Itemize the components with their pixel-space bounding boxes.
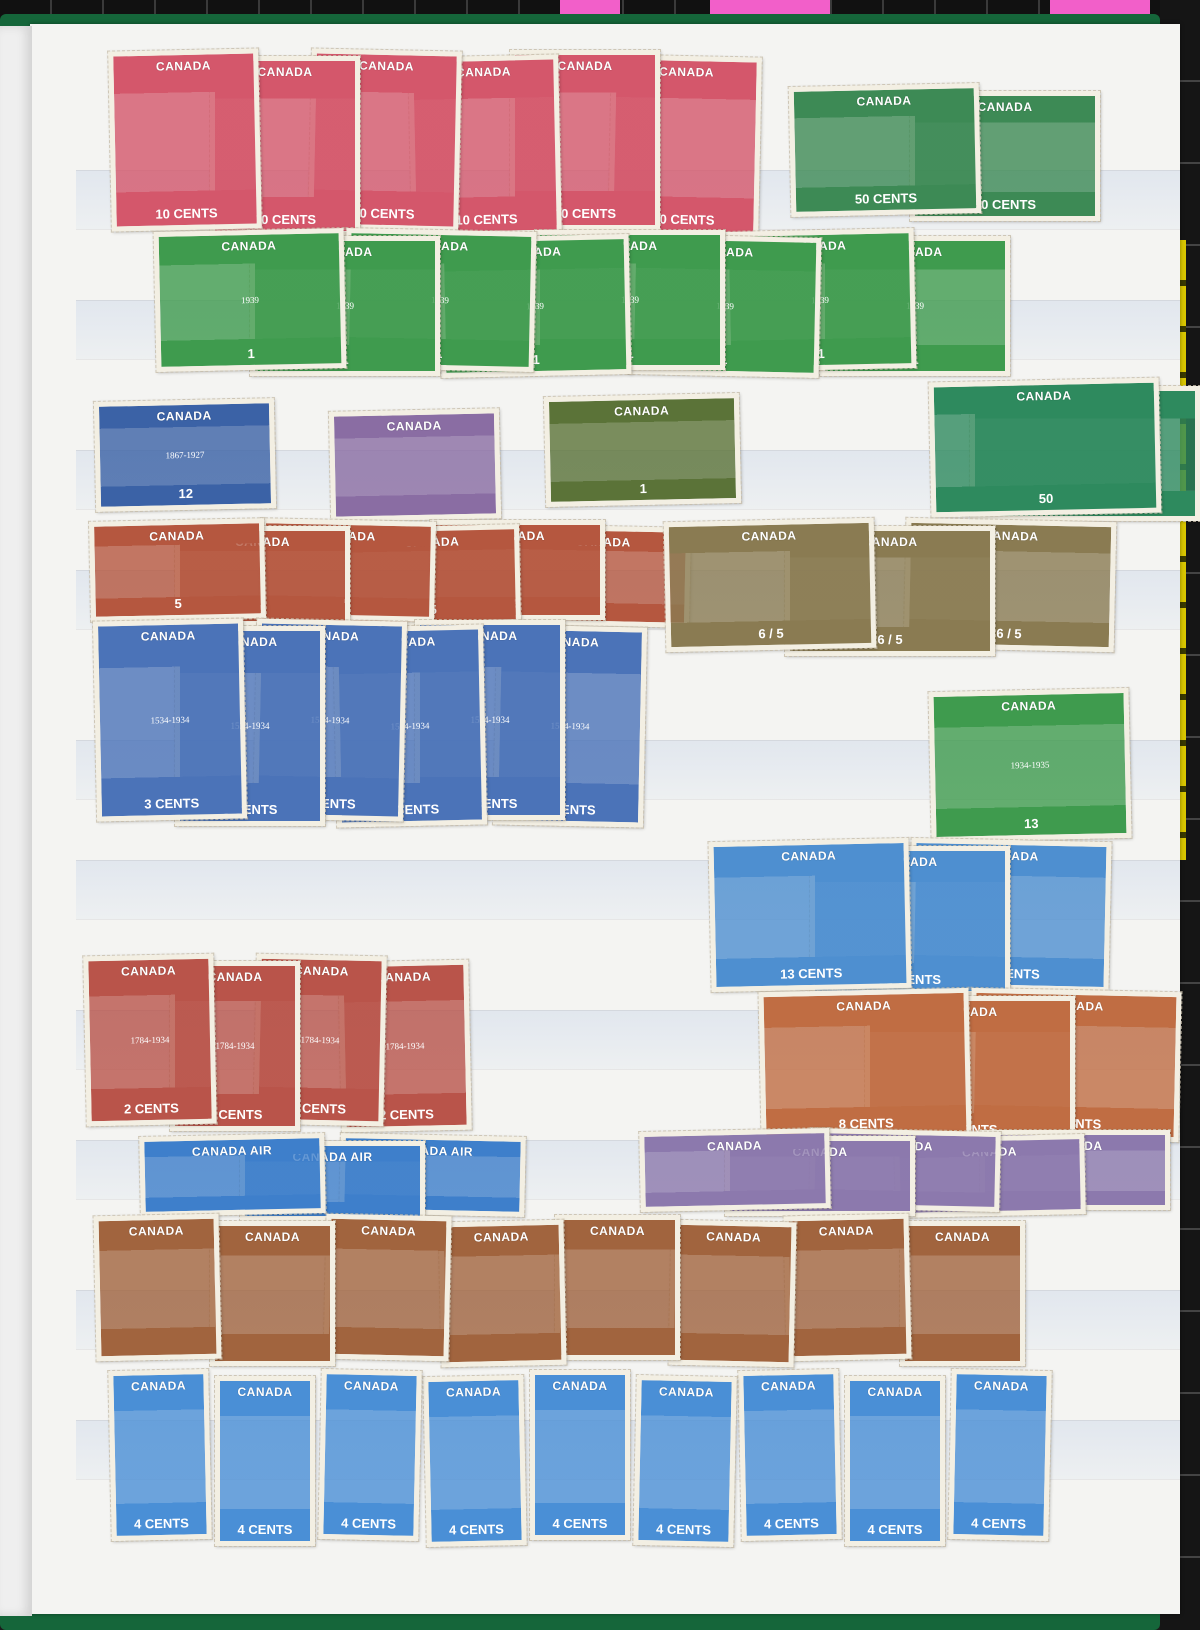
stamp-memorial-brown: CANADA [783,1214,911,1362]
stamp-country: CANADA [446,1384,501,1399]
stamp-country: CANADA [1001,698,1056,713]
stamp-country: CANADA [238,1385,293,1399]
stamp-memorial-brown: CANADA [93,1214,221,1362]
stamp-denomination: 10 CENTS [455,211,517,227]
stamp-country: CANADA [781,848,836,863]
stamp-denomination: 13 CENTS [780,965,842,981]
stamp-denomination: 4 CENTS [238,1522,293,1537]
stamp-new-brunswick-2c: CANADA1784-19342 CENTS [83,954,217,1127]
stamp-olive-1-dollar: CANADA1 [544,393,741,507]
stamp-denomination: 1 [640,481,648,496]
stamp-country: CANADA [156,58,211,73]
stamp-parliament-purple: CANADA [329,408,501,522]
stamp-denomination: 4 CENTS [553,1516,608,1531]
stamp-country: CANADA [856,93,911,108]
stamp-denomination: 4 CENTS [764,1515,819,1531]
stamp-year: 1867-1927 [165,449,204,460]
stamp-country: CANADA [387,418,442,433]
stamp-country: CANADA [935,1230,990,1244]
stamp-memorial-brown: CANADA [555,1215,680,1360]
stamp-denomination: 4 CENTS [341,1515,396,1531]
stamp-memorial-brown: CANADA [668,1220,796,1368]
stamp-country: CANADA [1016,388,1071,403]
stamp-bell-4c: CANADA4 CENTS [108,1369,212,1541]
stamp-country: CANADA [741,528,796,543]
stamp-country: CANADA [553,1379,608,1393]
stamp-bell-4c: CANADA4 CENTS [215,1376,315,1546]
stamp-denomination: 10 CENTS [155,205,217,221]
stamp-denomination: 1 [247,346,255,361]
stamp-denomination: 10 CENTS [554,206,616,221]
stamp-country: CANADA [258,65,313,79]
stamp-farm-8c: CANADA8 CENTS [758,988,971,1142]
stamp-country: CANADA [707,1138,762,1153]
stamp-denomination: 10 CENTS [652,211,714,227]
stamp-country: CANADA [344,1378,399,1393]
stamp-denomination: 4 CENTS [449,1521,504,1537]
stamp-year: 1784-1934 [385,1040,424,1051]
stamp-denomination: 50 CENTS [855,190,917,206]
stamp-country: CANADA [659,64,714,79]
stamp-country: CANADA [208,970,263,984]
stamp-year: 1934-1935 [1010,759,1049,770]
stamp-country: CANADA [245,1230,300,1244]
stamp-country: CANADA [706,1229,761,1244]
stamp-country: CANADA [558,59,613,73]
stamp-denomination: 5 [174,596,182,611]
stamp-country: CANADA [157,408,212,423]
stamp-country: CANADA [819,1223,874,1238]
stamp-country: CANADA [659,1384,714,1399]
stamp-denomination: 50 [1039,491,1054,506]
page-spine [0,26,32,1616]
stamp-bell-4c: CANADA4 CENTS [738,1369,842,1541]
stamp-denomination: 6 / 5 [758,626,784,642]
stamp-mountain-50c: CANADA50 CENTS [789,83,982,217]
stamp-cartier-3c: CANADA1534-19343 CENTS [93,618,247,821]
stamp-denomination: 4 CENTS [971,1515,1026,1531]
stamp-country: CANADA [141,628,196,643]
stamp-denomination: 50 CENTS [974,197,1036,212]
stamp-year: 1784-1934 [300,1034,339,1045]
stamp-denomination: 12 [178,486,193,501]
stamp-country: CANADA [614,403,669,418]
stamp-denomination: 6 / 5 [877,632,902,647]
stamp-blue-13c: CANADA13 CENTS [708,838,911,992]
stamp-year: 1784-1934 [216,1041,255,1051]
stamp-country: CANADA [868,1385,923,1399]
stamp-denomination: 4 CENTS [656,1521,711,1537]
stamp-country: CANADA [456,64,511,79]
stamp-country: CANADA [836,998,891,1013]
stamp-green-13c: CANADA1934-193513 [928,688,1131,842]
stamp-purple-building: CANADA [639,1128,831,1212]
stamp-air-blue: CANADA AIR [139,1133,326,1217]
stamp-denomination: 6 / 5 [996,626,1022,642]
stamp-denomination: 2 CENTS [379,1106,434,1122]
stamp-country: CANADA [131,1378,186,1393]
stamp-country: CANADA [978,100,1033,114]
stamp-country: CANADA [359,58,414,73]
stamp-denomination: 3 CENTS [144,795,199,811]
stamp-bell-4c: CANADA4 CENTS [948,1369,1052,1541]
stamp-bell-4c: CANADA4 CENTS [633,1375,737,1547]
stamp-country: CANADA AIR [192,1143,272,1159]
stamp-brown-airmail: CANADA5 [89,518,266,622]
stamp-confederation-12c: CANADA1867-192712 [94,398,276,512]
stamp-year: 1534-1934 [150,714,189,725]
stamp-country: CANADA [761,1378,816,1393]
stamp-bell-4c: CANADA4 CENTS [318,1369,422,1541]
stamp-princesses-1c: CANADA19391 [154,228,347,372]
stamp-country: CANADA [361,1223,416,1238]
stamp-country: CANADA [974,1378,1029,1393]
stamp-denomination: 10 CENTS [352,205,414,221]
stamp-olive-airmail: CANADA6 / 5 [664,518,877,652]
stamp-year: 1939 [241,294,259,304]
stamp-country: CANADA [474,1229,529,1244]
stamp-country: CANADA [221,238,276,253]
stamp-denomination: 13 [1024,816,1039,831]
stamp-bell-4c: CANADA4 CENTS [845,1376,945,1546]
stamp-memorial-brown: CANADA [900,1221,1025,1366]
stamp-memorial-brown: CANADA [323,1214,451,1362]
stamp-bell-4c: CANADA4 CENTS [530,1370,630,1540]
stamp-bell-4c: CANADA4 CENTS [423,1375,527,1547]
stamp-country: CANADA [294,963,349,978]
stamp-country: CANADA [121,963,176,978]
stamp-denomination: 2 CENTS [124,1100,179,1116]
stamp-year: 1784-1934 [130,1034,169,1045]
stamp-country: CANADA [590,1224,645,1238]
stamp-country: CANADA [149,528,204,543]
stamp-memorial-brown: CANADA [210,1221,335,1366]
stamp-denomination: 4 CENTS [134,1515,189,1531]
stamp-denomination: 10 CENTS [254,212,316,227]
stamp-memorial-brown: CANADA [438,1220,566,1368]
stamp-country: CANADA [129,1223,184,1238]
stamp-cathedral-10c: CANADA10 CENTS [108,48,262,231]
stamp-bridge-50c: CANADA50 [929,378,1162,518]
stamp-denomination: 4 CENTS [868,1522,923,1537]
